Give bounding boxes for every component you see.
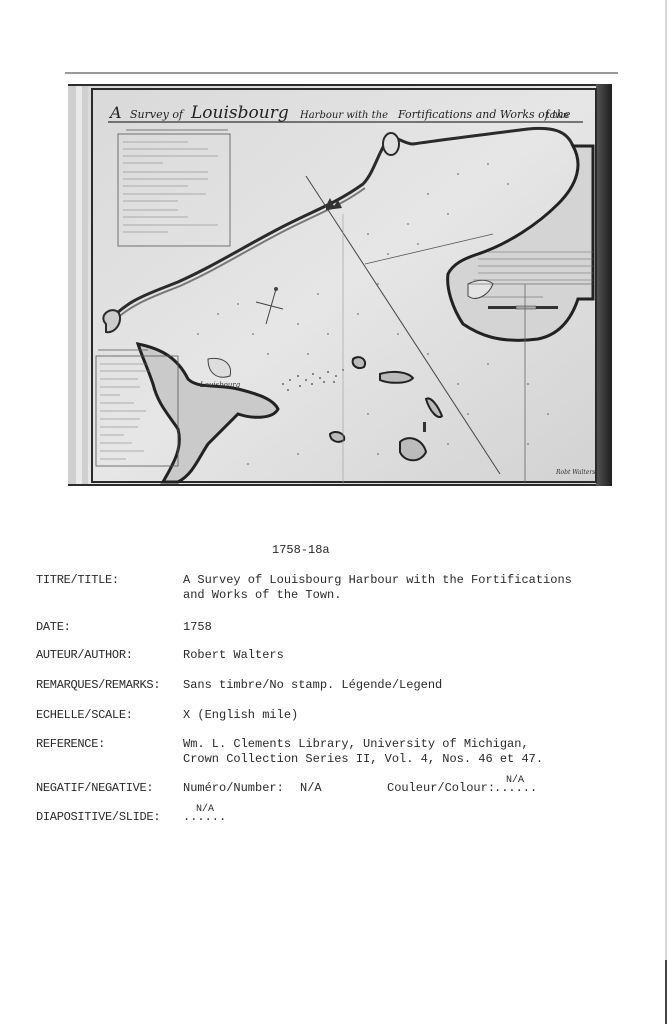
map-town-label: Louisbourg — [199, 381, 241, 389]
field-value: Robert Walters — [183, 648, 284, 663]
slide-dots: ...... — [183, 810, 226, 825]
page-edge-shadow — [665, 960, 667, 1024]
svg-text:Harbour with the: Harbour with the — [299, 110, 388, 121]
catalog-number: 1758-18a — [272, 543, 330, 557]
field-value: Wm. L. Clements Library, University of M… — [183, 737, 529, 752]
negative-colour-label: Couleur/Colour: — [387, 781, 495, 796]
field-value: A Survey of Louisbourg Harbour with the … — [183, 573, 572, 588]
field-value: 1758 — [183, 620, 212, 635]
svg-text:Fortifications and Works of th: Fortifications and Works of the — [397, 108, 571, 121]
negative-number-label: Numéro/Number: — [183, 781, 284, 796]
page-edge-line — [665, 0, 667, 1024]
field-label: ECHELLE/SCALE: — [36, 708, 133, 723]
map-photograph: A Survey of Louisbourg Harbour with the … — [68, 84, 612, 486]
field-label: REMARQUES/REMARKS: — [36, 678, 160, 693]
field-label: AUTEUR/AUTHOR: — [36, 648, 133, 663]
negative-colour-dots: ...... — [494, 781, 537, 796]
svg-text:Survey of: Survey of — [130, 108, 185, 121]
field-label: DATE: — [36, 620, 71, 635]
field-label: REFERENCE: — [36, 737, 105, 752]
field-label: TITRE/TITLE: — [36, 573, 119, 588]
field-value-line-2: and Works of the Town. — [183, 588, 341, 603]
field-value-line-2: Crown Collection Series II, Vol. 4, Nos.… — [183, 752, 543, 767]
top-divider — [65, 72, 618, 74]
svg-text:Louisbourg: Louisbourg — [190, 103, 289, 123]
svg-text:Robt Walters: Robt Walters — [555, 469, 595, 476]
field-value: Sans timbre/No stamp. Légende/Legend — [183, 678, 442, 693]
field-value: X (English mile) — [183, 708, 298, 723]
field-label: DIAPOSITIVE/SLIDE: — [36, 810, 160, 825]
svg-text:A: A — [108, 103, 122, 122]
field-label: NEGATIF/NEGATIVE: — [36, 781, 153, 796]
svg-text:town: town — [546, 111, 569, 121]
negative-number-value: N/A — [300, 781, 322, 796]
